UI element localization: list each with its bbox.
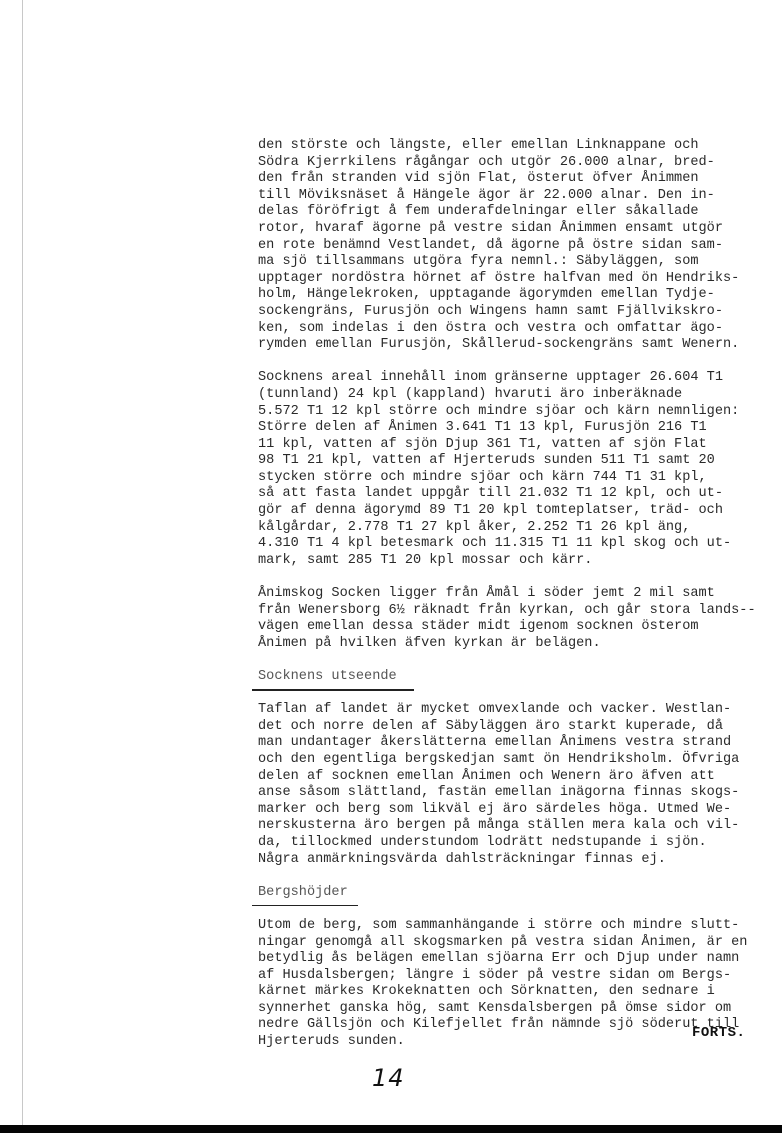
text-line: 5.572 T1 12 kpl större och mindre sjöar … bbox=[258, 404, 778, 421]
text-line: kålgårdar, 2.778 T1 27 kpl åker, 2.252 T… bbox=[258, 520, 778, 537]
text-line: kärnet märkes Krokeknatten och Sörknatte… bbox=[258, 984, 778, 1001]
text-line: en rote benämnd Vestlandet, då ägorne på… bbox=[258, 238, 778, 255]
text-line: delen af socknen emellan Ånimen och Wene… bbox=[258, 769, 778, 786]
text-line: delas föröfrigt å fem underafdelningar e… bbox=[258, 204, 778, 221]
text-line: Ånimen på hvilken äfven kyrkan är beläge… bbox=[258, 636, 778, 653]
text-line: det och norre delen af Säbyläggen äro st… bbox=[258, 719, 778, 736]
continued-label: FORTS. bbox=[692, 1025, 745, 1041]
heading-text: Socknens utseende bbox=[258, 669, 397, 686]
text-line: så att fasta landet uppgår till 21.032 T… bbox=[258, 486, 778, 503]
text-line: Taflan af landet är mycket omvexlande oc… bbox=[258, 702, 778, 719]
text-line: ma sjö tillsammans utgöra fyra nemnl.: S… bbox=[258, 254, 778, 271]
text-line: sockengräns, Furusjön och Wingens hamn s… bbox=[258, 304, 778, 321]
page-number: 14 bbox=[372, 1064, 405, 1092]
paragraph-boundaries: den störste och längste, eller emellan L… bbox=[258, 138, 778, 354]
text-line: af Husdalsbergen; längre i söder på vest… bbox=[258, 968, 778, 985]
text-line: den från stranden vid sjön Flat, österut… bbox=[258, 171, 778, 188]
text-line: stycken större och mindre sjöar och kärn… bbox=[258, 470, 778, 487]
paragraph-area: Socknens areal innehåll inom gränserne u… bbox=[258, 370, 778, 569]
text-line: Södra Kjerrkilens rågångar och utgör 26.… bbox=[258, 155, 778, 172]
text-line: rymden emellan Furusjön, Skållerud-socke… bbox=[258, 337, 778, 354]
text-line: Utom de berg, som sammanhängande i störr… bbox=[258, 918, 778, 935]
text-line: gör af denna ägorymd 89 T1 20 kpl tomtep… bbox=[258, 503, 778, 520]
text-line: anse såsom slättland, fastän emellan inä… bbox=[258, 785, 778, 802]
text-line: Större delen af Ånimen 3.641 T1 13 kpl, … bbox=[258, 420, 778, 437]
text-line: mark, samt 285 T1 20 kpl mossar och kärr… bbox=[258, 553, 778, 570]
scan-bottom-edge bbox=[0, 1125, 782, 1133]
text-line: nerskusterna äro bergen på många ställen… bbox=[258, 818, 778, 835]
text-line: ningar genomgå all skogsmarken på vestra… bbox=[258, 935, 778, 952]
paragraph-location: Ånimskog Socken ligger från Åmål i söder… bbox=[258, 586, 778, 652]
paragraph-appearance: Taflan af landet är mycket omvexlande oc… bbox=[258, 702, 778, 868]
text-line: holm, Hängelekroken, upptagande ägorymde… bbox=[258, 287, 778, 304]
text-line: 98 T1 21 kpl, vatten af Hjerteruds sunde… bbox=[258, 453, 778, 470]
text-line: Ånimskog Socken ligger från Åmål i söder… bbox=[258, 586, 778, 603]
heading-text: Bergshöjder bbox=[258, 885, 348, 902]
text-line: man undantager åkerslätterna emellan Åni… bbox=[258, 735, 778, 752]
text-line: betydlig ås belägen emellan sjöarna Err … bbox=[258, 951, 778, 968]
text-line: vägen emellan dessa städer midt igenom s… bbox=[258, 619, 778, 636]
heading-underline bbox=[252, 689, 414, 691]
text-line: och den egentliga bergskedjan samt ön He… bbox=[258, 752, 778, 769]
section-heading-mountains: Bergshöjder bbox=[258, 885, 778, 902]
text-line: 11 kpl, vatten af sjön Djup 361 T1, vatt… bbox=[258, 437, 778, 454]
text-line: till Möviksnäset å Hängele ägor är 22.00… bbox=[258, 188, 778, 205]
typewritten-page: den störste och längste, eller emellan L… bbox=[258, 138, 778, 1067]
scan-margin-line bbox=[22, 0, 23, 1125]
text-line: ken, som indelas i den östra och vestra … bbox=[258, 321, 778, 338]
text-line: da, tillockmed understundom lodrätt neds… bbox=[258, 835, 778, 852]
heading-underline bbox=[252, 905, 358, 907]
text-line: Socknens areal innehåll inom gränserne u… bbox=[258, 370, 778, 387]
section-heading-appearance: Socknens utseende bbox=[258, 669, 778, 686]
text-line: från Wenersborg 6½ räknadt från kyrkan, … bbox=[258, 603, 778, 620]
text-line: den störste och längste, eller emellan L… bbox=[258, 138, 778, 155]
text-line: Några anmärkningsvärda dahlsträckningar … bbox=[258, 852, 778, 869]
text-line: 4.310 T1 4 kpl betesmark och 11.315 T1 1… bbox=[258, 536, 778, 553]
text-line: upptager nordöstra hörnet af östre halfv… bbox=[258, 271, 778, 288]
text-line: marker och berg som likväl ej äro särdel… bbox=[258, 802, 778, 819]
text-line: rotor, hvaraf ägorne på vestre sidan Åni… bbox=[258, 221, 778, 238]
text-line: synnerhet ganska hög, samt Kensdalsberge… bbox=[258, 1001, 778, 1018]
text-line: (tunnland) 24 kpl (kappland) hvaruti äro… bbox=[258, 387, 778, 404]
